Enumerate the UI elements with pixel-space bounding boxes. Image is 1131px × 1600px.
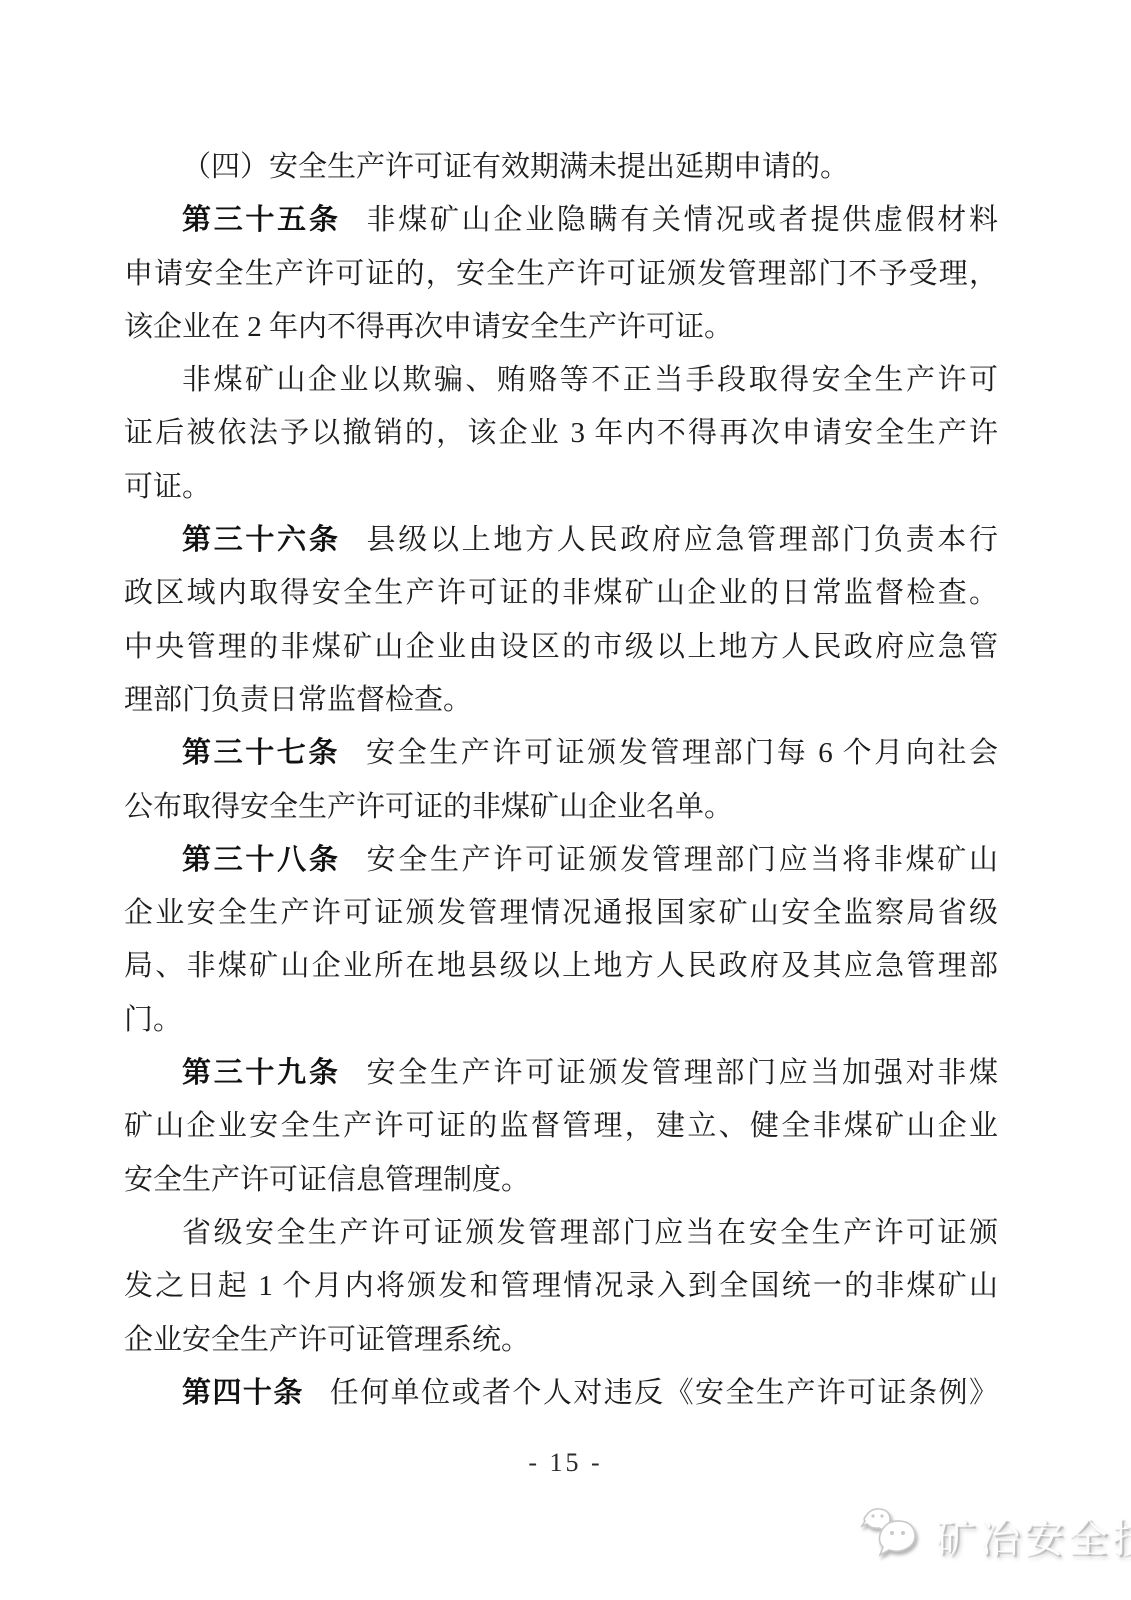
- text-line: 发之日起 1 个月内将颁发和管理情况录入到全国统一的非煤矿山: [124, 1260, 998, 1313]
- line-text: 发之日起 1 个月内将颁发和管理情况录入到全国统一的非煤矿山: [124, 1270, 998, 1302]
- article-number: 第三十六条: [182, 524, 341, 556]
- text-line: 公布取得安全生产许可证的非煤矿山企业名单。: [124, 781, 998, 834]
- text-line: 矿山企业安全生产许可证的监督管理，建立、健全非煤矿山企业: [124, 1100, 998, 1153]
- document-page: （四）安全生产许可证有效期满未提出延期申请的。 第三十五条非煤矿山企业隐瞒有关情…: [0, 0, 1131, 1600]
- line-text: 中央管理的非煤矿山企业由设区的市级以上地方人民政府应急管: [124, 631, 998, 663]
- line-text: 企业安全生产许可证管理系统。: [124, 1324, 530, 1356]
- wechat-icon: [858, 1506, 926, 1564]
- line-text: 理部门负责日常监督检查。: [124, 684, 472, 716]
- text-line: 第三十八条安全生产许可证颁发管理部门应当将非煤矿山: [124, 834, 998, 887]
- page-number: - 15 -: [0, 1448, 1131, 1478]
- text-line: （四）安全生产许可证有效期满未提出延期申请的。: [124, 141, 998, 194]
- line-text: 该企业在 2 年内不得再次申请安全生产许可证。: [124, 311, 733, 343]
- line-text: 安全生产许可证颁发管理部门应当加强对非煤: [367, 1057, 998, 1089]
- article-number: 第三十八条: [182, 844, 341, 876]
- line-text: 可证。: [124, 471, 211, 503]
- article-number: 第三十五条: [182, 204, 341, 236]
- text-line: 安全生产许可证信息管理制度。: [124, 1154, 998, 1207]
- line-text: 申请安全生产许可证的，安全生产许可证颁发管理部门不予受理，: [124, 258, 998, 290]
- text-line: 门。: [124, 994, 998, 1047]
- line-text: 非煤矿山企业隐瞒有关情况或者提供虚假材料: [367, 204, 998, 236]
- text-line: 非煤矿山企业以欺骗、贿赂等不正当手段取得安全生产许可: [124, 354, 998, 407]
- text-line: 第三十五条非煤矿山企业隐瞒有关情况或者提供虚假材料: [124, 194, 998, 247]
- line-text: 证后被依法予以撤销的，该企业 3 年内不得再次申请安全生产许: [124, 417, 998, 449]
- line-text: 政区域内取得安全生产许可证的非煤矿山企业的日常监督检查。: [124, 577, 998, 609]
- text-line: 第三十六条县级以上地方人民政府应急管理部门负责本行: [124, 514, 998, 567]
- article-number: 第四十条: [182, 1377, 304, 1409]
- line-text: 省级安全生产许可证颁发管理部门应当在安全生产许可证颁: [182, 1217, 998, 1249]
- document-body: （四）安全生产许可证有效期满未提出延期申请的。 第三十五条非煤矿山企业隐瞒有关情…: [124, 141, 998, 1420]
- text-line: 证后被依法予以撤销的，该企业 3 年内不得再次申请安全生产许: [124, 407, 998, 460]
- line-text: 安全生产许可证颁发管理部门每 6 个月向社会: [366, 737, 998, 769]
- line-text: 公布取得安全生产许可证的非煤矿山企业名单。: [124, 791, 733, 823]
- line-text: （四）安全生产许可证有效期满未提出延期申请的。: [182, 151, 849, 183]
- text-line: 申请安全生产许可证的，安全生产许可证颁发管理部门不予受理，: [124, 248, 998, 301]
- text-line: 第三十七条安全生产许可证颁发管理部门每 6 个月向社会: [124, 727, 998, 780]
- watermark: 矿冶安全技术: [858, 1506, 1131, 1564]
- line-text: 安全生产许可证颁发管理部门应当将非煤矿山: [367, 844, 998, 876]
- line-text: 企业安全生产许可证颁发管理情况通报国家矿山安全监察局省级: [124, 897, 998, 929]
- text-line: 企业安全生产许可证颁发管理情况通报国家矿山安全监察局省级: [124, 887, 998, 940]
- text-line: 理部门负责日常监督检查。: [124, 674, 998, 727]
- line-text: 任何单位或者个人对违反《安全生产许可证条例》: [330, 1377, 998, 1409]
- text-line: 局、非煤矿山企业所在地县级以上地方人民政府及其应急管理部: [124, 940, 998, 993]
- text-line: 第三十九条安全生产许可证颁发管理部门应当加强对非煤: [124, 1047, 998, 1100]
- watermark-label: 矿冶安全技术: [936, 1507, 1131, 1564]
- line-text: 矿山企业安全生产许可证的监督管理，建立、健全非煤矿山企业: [124, 1110, 998, 1142]
- text-line: 政区域内取得安全生产许可证的非煤矿山企业的日常监督检查。: [124, 567, 998, 620]
- article-number: 第三十九条: [182, 1057, 341, 1089]
- text-line: 企业安全生产许可证管理系统。: [124, 1314, 998, 1367]
- article-number: 第三十七条: [182, 737, 340, 769]
- line-text: 局、非煤矿山企业所在地县级以上地方人民政府及其应急管理部: [124, 950, 998, 982]
- line-text: 安全生产许可证信息管理制度。: [124, 1164, 530, 1196]
- text-line: 省级安全生产许可证颁发管理部门应当在安全生产许可证颁: [124, 1207, 998, 1260]
- text-line: 中央管理的非煤矿山企业由设区的市级以上地方人民政府应急管: [124, 621, 998, 674]
- text-line: 第四十条任何单位或者个人对违反《安全生产许可证条例》: [124, 1367, 998, 1420]
- text-line: 该企业在 2 年内不得再次申请安全生产许可证。: [124, 301, 998, 354]
- line-text: 门。: [124, 1004, 182, 1036]
- line-text: 县级以上地方人民政府应急管理部门负责本行: [367, 524, 998, 556]
- text-line: 可证。: [124, 461, 998, 514]
- line-text: 非煤矿山企业以欺骗、贿赂等不正当手段取得安全生产许可: [182, 364, 998, 396]
